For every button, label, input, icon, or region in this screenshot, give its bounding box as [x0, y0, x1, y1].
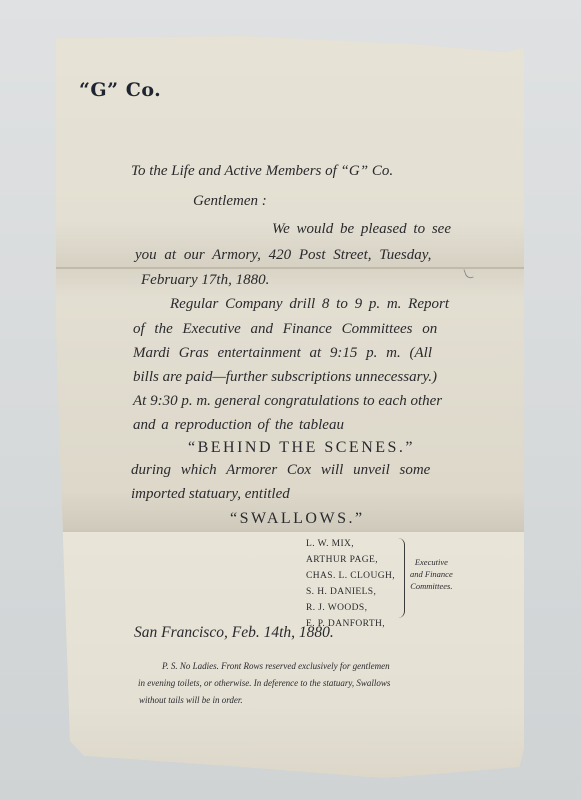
paper-panel-bottom [56, 530, 524, 778]
paragraph3-line1: during which Armorer Cox will unveil som… [131, 462, 430, 479]
place-date: San Francisco, Feb. 14th, 1880. [134, 624, 334, 642]
paragraph1-line3: February 17th, 1880. [141, 272, 269, 289]
paragraph2-line4: bills are paid—further subscriptions unn… [133, 369, 437, 386]
paragraph1-line2: you at our Armory, 420 Post Street, Tues… [135, 247, 431, 264]
fold-line-upper [56, 267, 524, 269]
paragraph2-line1: Regular Company drill 8 to 9 p. m. Repor… [170, 296, 449, 313]
brace-symbol [398, 538, 405, 618]
member-name: R. J. WOODS, [306, 600, 395, 616]
tableau-title: “BEHIND THE SCENES.” [188, 439, 415, 457]
paragraph2-line5: At 9:30 p. m. general congratulations to… [133, 393, 442, 410]
committee-label-line: and Finance [410, 568, 453, 580]
fold-line-lower [56, 530, 524, 532]
paragraph1-line1: We would be pleased to see [272, 221, 451, 238]
statuary-title: “SWALLOWS.” [230, 510, 365, 528]
paragraph2-line2: of the Executive and Finance Committees … [133, 321, 437, 338]
member-name: L. W. MIX, [306, 536, 395, 552]
member-name: ARTHUR PAGE, [306, 552, 395, 568]
greeting: Gentlemen : [193, 193, 267, 210]
member-name: CHAS. L. CLOUGH, [306, 568, 395, 584]
committee-label: Executive and Finance Committees. [410, 556, 453, 592]
paragraph3-line2: imported statuary, entitled [131, 486, 290, 503]
committee-members: L. W. MIX, ARTHUR PAGE, CHAS. L. CLOUGH,… [306, 536, 395, 632]
company-heading: “G” Co. [79, 79, 161, 101]
postscript-line2: in evening toilets, or otherwise. In def… [138, 675, 390, 691]
paragraph2-line6: and a reproduction of the tableau [133, 417, 344, 434]
committee-label-line: Committees. [410, 580, 453, 592]
member-name: S. H. DANIELS, [306, 584, 395, 600]
postscript-line1: P. S. No Ladies. Front Rows reserved exc… [162, 658, 390, 674]
paragraph2-line3: Mardi Gras entertainment at 9:15 p. m. (… [133, 345, 432, 362]
postscript-line3: without tails will be in order. [139, 692, 243, 708]
committee-label-line: Executive [410, 556, 453, 568]
salutation-line: To the Life and Active Members of “G” Co… [131, 163, 393, 180]
